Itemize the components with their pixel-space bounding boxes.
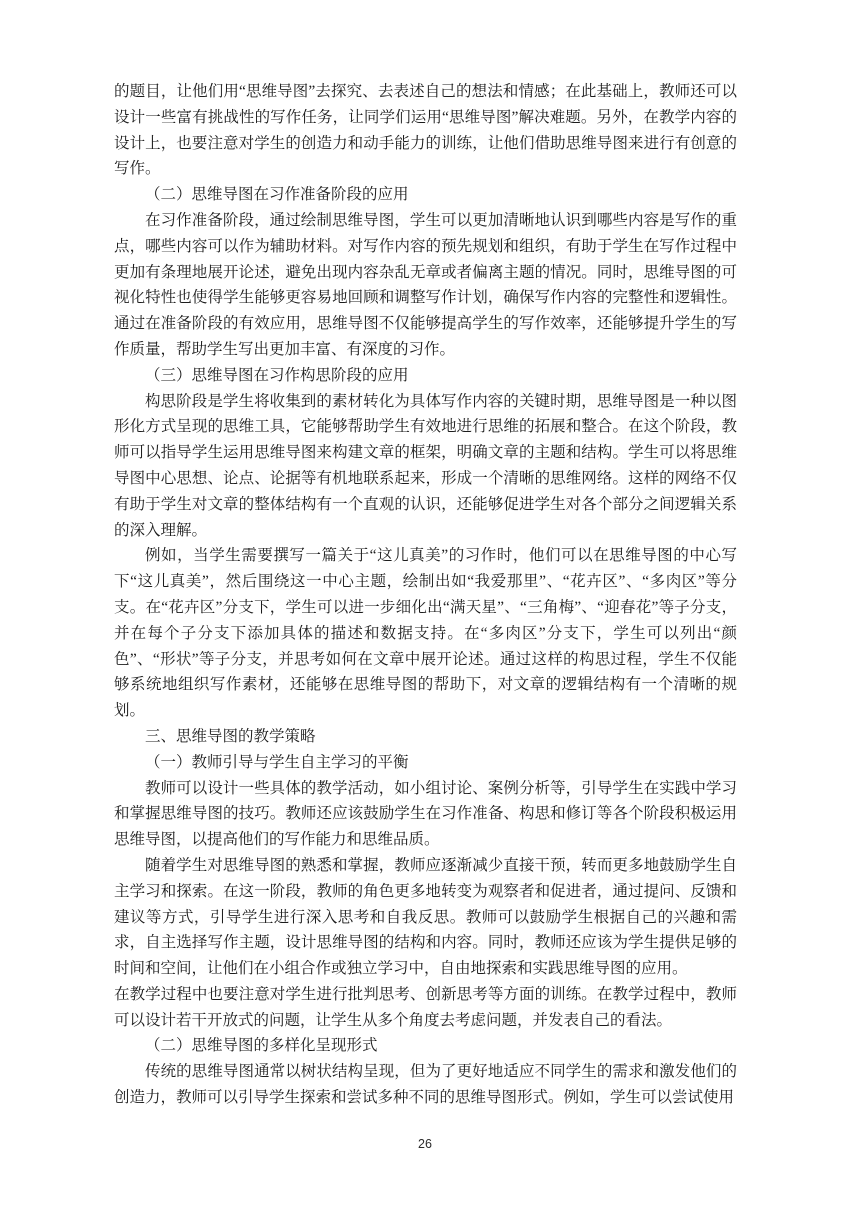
page-number: 26 xyxy=(418,1137,432,1151)
paragraph: 在习作准备阶段，通过绘制思维导图，学生可以更加清晰地认识到哪些内容是写作的重点，… xyxy=(114,208,737,363)
document-body: 的题目，让他们用“思维导图”去探究、去表述自己的想法和情感；在此基础上，教师还可… xyxy=(114,79,737,1111)
section-heading: （二）思维导图的多样化呈现形式 xyxy=(114,1033,737,1059)
paragraph: 教师可以设计一些具体的教学活动，如小组讨论、案例分析等，引导学生在实践中学习和掌… xyxy=(114,776,737,853)
paragraph: 构思阶段是学生将收集到的素材转化为具体写作内容的关键时期，思维导图是一种以图形化… xyxy=(114,389,737,544)
section-heading: 三、思维导图的教学策略 xyxy=(114,724,737,750)
document-page: 的题目，让他们用“思维导图”去探究、去表述自己的想法和情感；在此基础上，教师还可… xyxy=(0,0,850,1205)
paragraph: 传统的思维导图通常以树状结构呈现，但为了更好地适应不同学生的需求和激发他们的创造… xyxy=(114,1059,737,1111)
section-heading: （三）思维导图在习作构思阶段的应用 xyxy=(114,363,737,389)
section-heading: （二）思维导图在习作准备阶段的应用 xyxy=(114,182,737,208)
paragraph: 在教学过程中也要注意对学生进行批判思考、创新思考等方面的训练。在教学过程中，教师… xyxy=(114,982,737,1034)
section-heading: （一）教师引导与学生自主学习的平衡 xyxy=(114,750,737,776)
paragraph: 随着学生对思维导图的熟悉和掌握，教师应逐渐减少直接干预，转而更多地鼓励学生自主学… xyxy=(114,853,737,982)
page-footer: 26 xyxy=(0,1137,850,1151)
paragraph: 例如，当学生需要撰写一篇关于“这儿真美”的习作时，他们可以在思维导图的中心写下“… xyxy=(114,543,737,724)
paragraph: 的题目，让他们用“思维导图”去探究、去表述自己的想法和情感；在此基础上，教师还可… xyxy=(114,79,737,182)
